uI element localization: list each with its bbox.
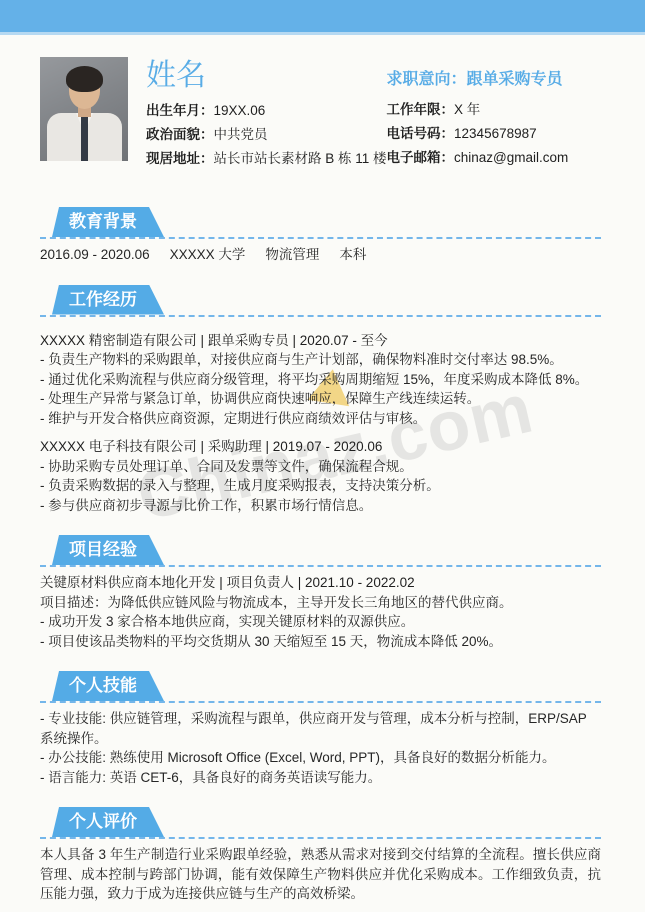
job-intention-value: 跟单采购专员 (467, 71, 563, 88)
photo-tie-shape (81, 117, 88, 161)
political-status-label: 政治面貌： (146, 127, 214, 142)
birth-date-value: 19XX.06 (214, 103, 266, 118)
skill-office: - 办公技能: 熟练使用 Microsoft Office (Excel, Wo… (40, 748, 601, 768)
education-entry: 2016.09 - 2020.06XXXXX 大学物流管理本科 (40, 245, 601, 265)
section-work: 工作经历 XXXXX 精密制造有限公司 | 跟单采购专员 | 2020.07 -… (40, 285, 601, 516)
section-project-head: 项目经验 (40, 535, 601, 567)
section-project: 项目经验 关键原材料供应商本地化开发 | 项目负责人 | 2021.10 - 2… (40, 535, 601, 651)
email-value: chinaz@gmail.com (454, 150, 568, 165)
work-body: XXXXX 精密制造有限公司 | 跟单采购专员 | 2020.07 - 至今 -… (40, 317, 601, 516)
work-years-label: 工作年限： (387, 102, 455, 117)
section-skills: 个人技能 - 专业技能: 供应链管理，采购流程与跟单，供应商开发与管理，成本分析… (40, 671, 601, 787)
education-degree: 本科 (339, 247, 366, 262)
education-major: 物流管理 (265, 247, 319, 262)
work-years-row: 工作年限：X 年 (387, 102, 605, 117)
section-work-head: 工作经历 (40, 285, 601, 317)
phone-label: 电话号码： (387, 126, 455, 141)
header-left-column: 姓名 出生年月：19XX.06 政治面貌：中共党员 现居地址：站长市站长素材路 … (128, 57, 387, 175)
address-value: 站长市站长素材路 B 栋 11 楼 (214, 151, 387, 166)
education-body: 2016.09 - 2020.06XXXXX 大学物流管理本科 (40, 239, 601, 265)
job-2-bullet: - 协助采购专员处理订单、合同及发票等文件，确保流程合规。 (40, 457, 601, 477)
political-status-row: 政治面貌：中共党员 (146, 127, 387, 142)
section-skills-title: 个人技能 (52, 671, 164, 701)
section-project-title: 项目经验 (52, 535, 164, 565)
job-1-bullet: - 通过优化采购流程与供应商分级管理，将平均采购周期缩短 15%，年度采购成本降… (40, 370, 601, 390)
email-row: 电子邮箱：chinaz@gmail.com (387, 150, 605, 165)
education-date: 2016.09 - 2020.06 (40, 247, 150, 262)
resume-page: Chinaz.com 姓名 出生年月：19XX.06 政治面貌：中共党员 现居地… (0, 0, 645, 912)
skill-language: - 语言能力: 英语 CET-6，具备良好的商务英语读写能力。 (40, 768, 601, 788)
job-2-heading: XXXXX 电子科技有限公司 | 采购助理 | 2019.07 - 2020.0… (40, 437, 601, 457)
section-education-head: 教育背景 (40, 207, 601, 239)
job-1-bullet: - 维护与开发合格供应商资源，定期进行供应商绩效评估与审核。 (40, 409, 601, 429)
project-heading: 关键原材料供应商本地化开发 | 项目负责人 | 2021.10 - 2022.0… (40, 573, 601, 593)
evaluation-body: 本人具备 3 年生产制造行业采购跟单经验，熟悉从需求对接到交付结算的全流程。擅长… (40, 839, 601, 904)
work-years-value: X 年 (454, 102, 480, 117)
photo-hair-shape (66, 66, 103, 92)
email-label: 电子邮箱： (387, 150, 455, 165)
project-bullet: - 项目使该品类物料的平均交货期从 30 天缩短至 15 天，物流成本降低 20… (40, 632, 601, 652)
birth-date-row: 出生年月：19XX.06 (146, 103, 387, 118)
address-label: 现居地址： (146, 151, 214, 166)
section-evaluation-title: 个人评价 (52, 807, 164, 837)
profile-photo (40, 57, 128, 161)
work-job-1: XXXXX 精密制造有限公司 | 跟单采购专员 | 2020.07 - 至今 -… (40, 331, 601, 429)
education-school: XXXXX 大学 (170, 247, 246, 262)
job-intention: 求职意向：跟单采购专员 (387, 71, 605, 89)
section-evaluation-head: 个人评价 (40, 807, 601, 839)
project-description: 项目描述：为降低供应链风险与物流成本，主导开发长三角地区的替代供应商。 (40, 593, 601, 613)
section-education: 教育背景 2016.09 - 2020.06XXXXX 大学物流管理本科 (40, 207, 601, 265)
skill-professional: - 专业技能: 供应链管理，采购流程与跟单，供应商开发与管理，成本分析与控制，E… (40, 709, 601, 748)
job-1-bullet: - 负责生产物料的采购跟单，对接供应商与生产计划部，确保物料准时交付率达 98.… (40, 350, 601, 370)
project-body: 关键原材料供应商本地化开发 | 项目负责人 | 2021.10 - 2022.0… (40, 567, 601, 651)
header: 姓名 出生年月：19XX.06 政治面貌：中共党员 现居地址：站长市站长素材路 … (40, 57, 601, 175)
evaluation-paragraph: 本人具备 3 年生产制造行业采购跟单经验，熟悉从需求对接到交付结算的全流程。擅长… (40, 845, 601, 904)
political-status-value: 中共党员 (214, 127, 268, 142)
phone-row: 电话号码：12345678987 (387, 126, 605, 141)
job-1-bullet: - 处理生产异常与紧急订单，协调供应商快速响应，保障生产线连续运转。 (40, 389, 601, 409)
top-accent-bar (0, 0, 645, 35)
phone-value: 12345678987 (454, 126, 537, 141)
section-evaluation: 个人评价 本人具备 3 年生产制造行业采购跟单经验，熟悉从需求对接到交付结算的全… (40, 807, 601, 904)
work-job-2: XXXXX 电子科技有限公司 | 采购助理 | 2019.07 - 2020.0… (40, 437, 601, 515)
section-skills-head: 个人技能 (40, 671, 601, 703)
birth-date-label: 出生年月： (146, 103, 214, 118)
job-2-bullet: - 负责采购数据的录入与整理，生成月度采购报表，支持决策分析。 (40, 476, 601, 496)
section-education-title: 教育背景 (52, 207, 164, 237)
header-right-column: 求职意向：跟单采购专员 工作年限：X 年 电话号码：12345678987 电子… (387, 57, 605, 175)
candidate-name: 姓名 (146, 59, 387, 93)
job-2-bullet: - 参与供应商初步寻源与比价工作，积累市场行情信息。 (40, 496, 601, 516)
address-row: 现居地址：站长市站长素材路 B 栋 11 楼 (146, 151, 387, 166)
skills-body: - 专业技能: 供应链管理，采购流程与跟单，供应商开发与管理，成本分析与控制，E… (40, 703, 601, 787)
job-1-heading: XXXXX 精密制造有限公司 | 跟单采购专员 | 2020.07 - 至今 (40, 331, 601, 351)
job-intention-label: 求职意向： (387, 71, 467, 88)
project-bullet: - 成功开发 3 家合格本地供应商，实现关键原材料的双源供应。 (40, 612, 601, 632)
section-work-title: 工作经历 (52, 285, 164, 315)
